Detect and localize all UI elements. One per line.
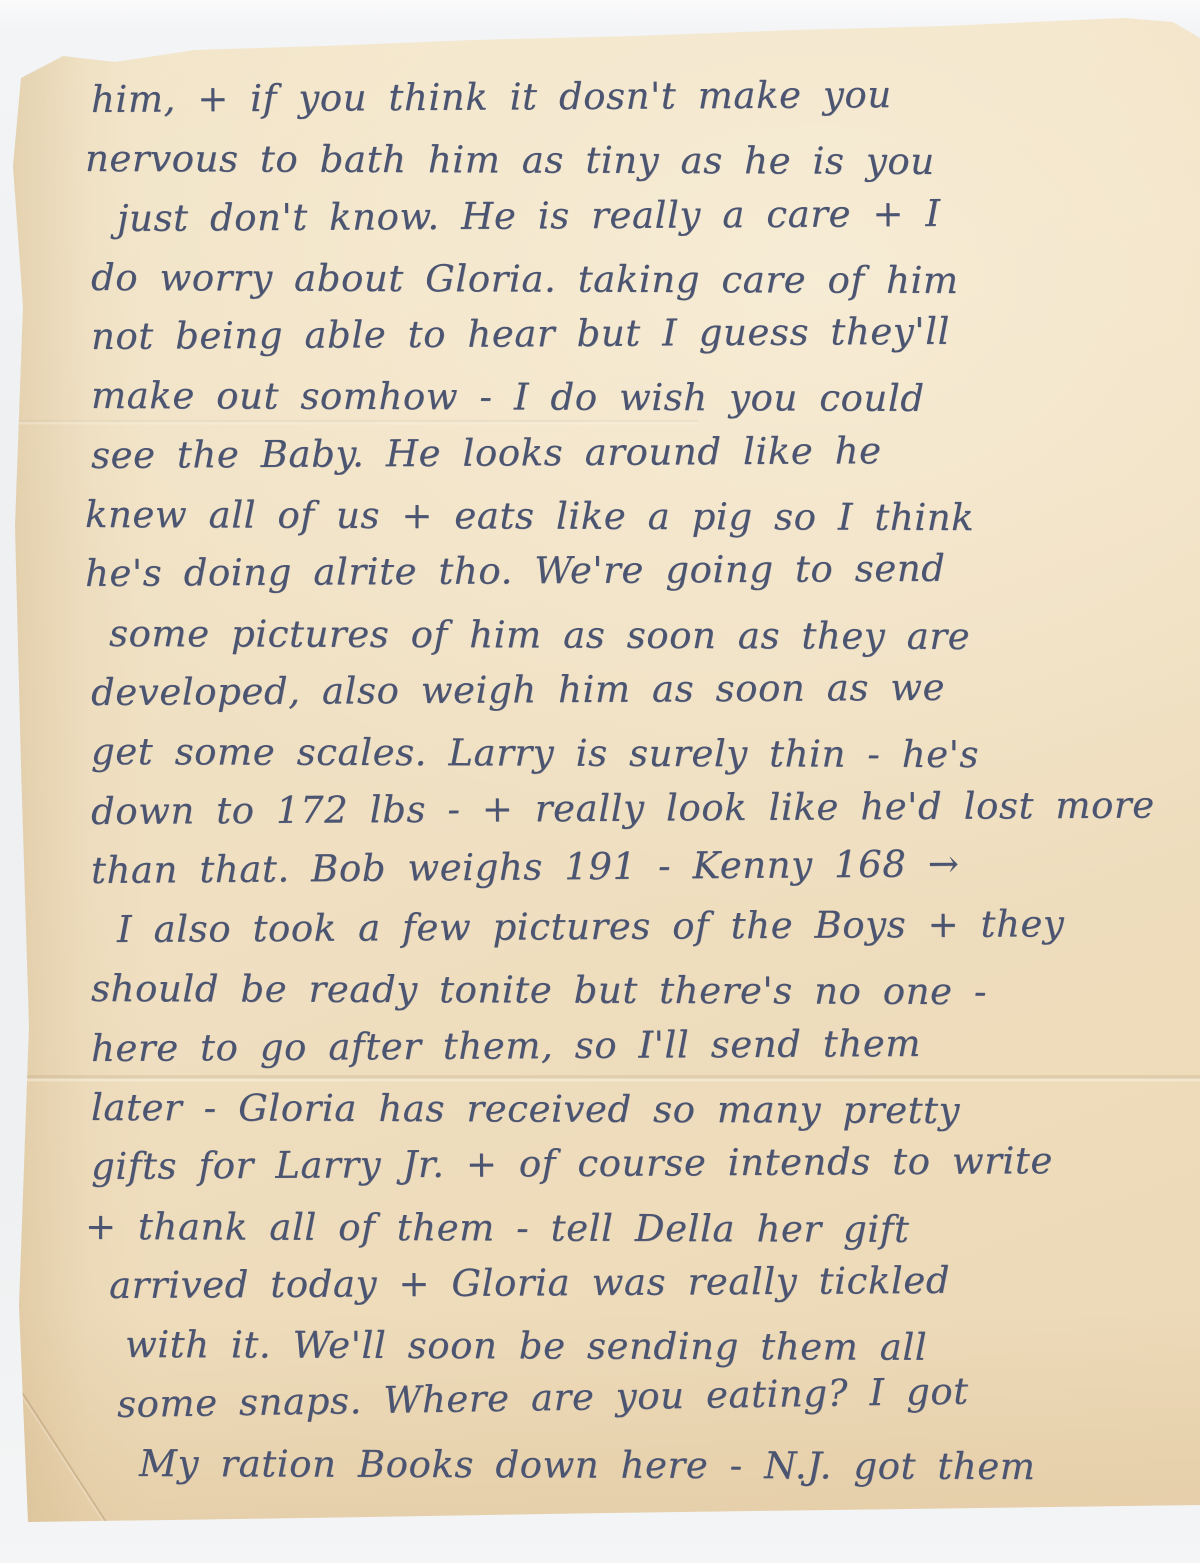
letter-line: him, + if you think it dosn't make you xyxy=(91,63,1181,129)
letter-line: I also took a few pictures of the Boys +… xyxy=(117,894,1181,960)
letter-line: he's doing alrite tho. We're going to se… xyxy=(85,538,1181,604)
letter-line: My ration Books down here - N.J. got the… xyxy=(139,1434,1181,1497)
letter-line: than that. Bob weighs 191 - Kenny 168 → xyxy=(91,832,1181,900)
letter-line: gifts for Larry Jr. + of course intends … xyxy=(91,1131,1181,1197)
letter-line: developed, also weigh him as soon as we xyxy=(91,656,1181,722)
letter-line: down to 172 lbs - + really look like he'… xyxy=(91,775,1181,841)
letter-line: just don't know. He is really a care + I xyxy=(117,182,1181,248)
scan-background: him, + if you think it dosn't make youne… xyxy=(0,0,1200,1563)
letter-line: arrived today + Gloria was really tickle… xyxy=(109,1249,1181,1315)
letter-line: here to go after them, so I'll send them xyxy=(91,1012,1181,1078)
letter-line: not being able to hear but I guess they'… xyxy=(91,301,1181,367)
letter-body: him, + if you think it dosn't make youne… xyxy=(91,70,1181,1493)
letter-paper: him, + if you think it dosn't make youne… xyxy=(5,6,1200,1522)
letter-line: see the Baby. He looks around like he xyxy=(91,419,1181,485)
